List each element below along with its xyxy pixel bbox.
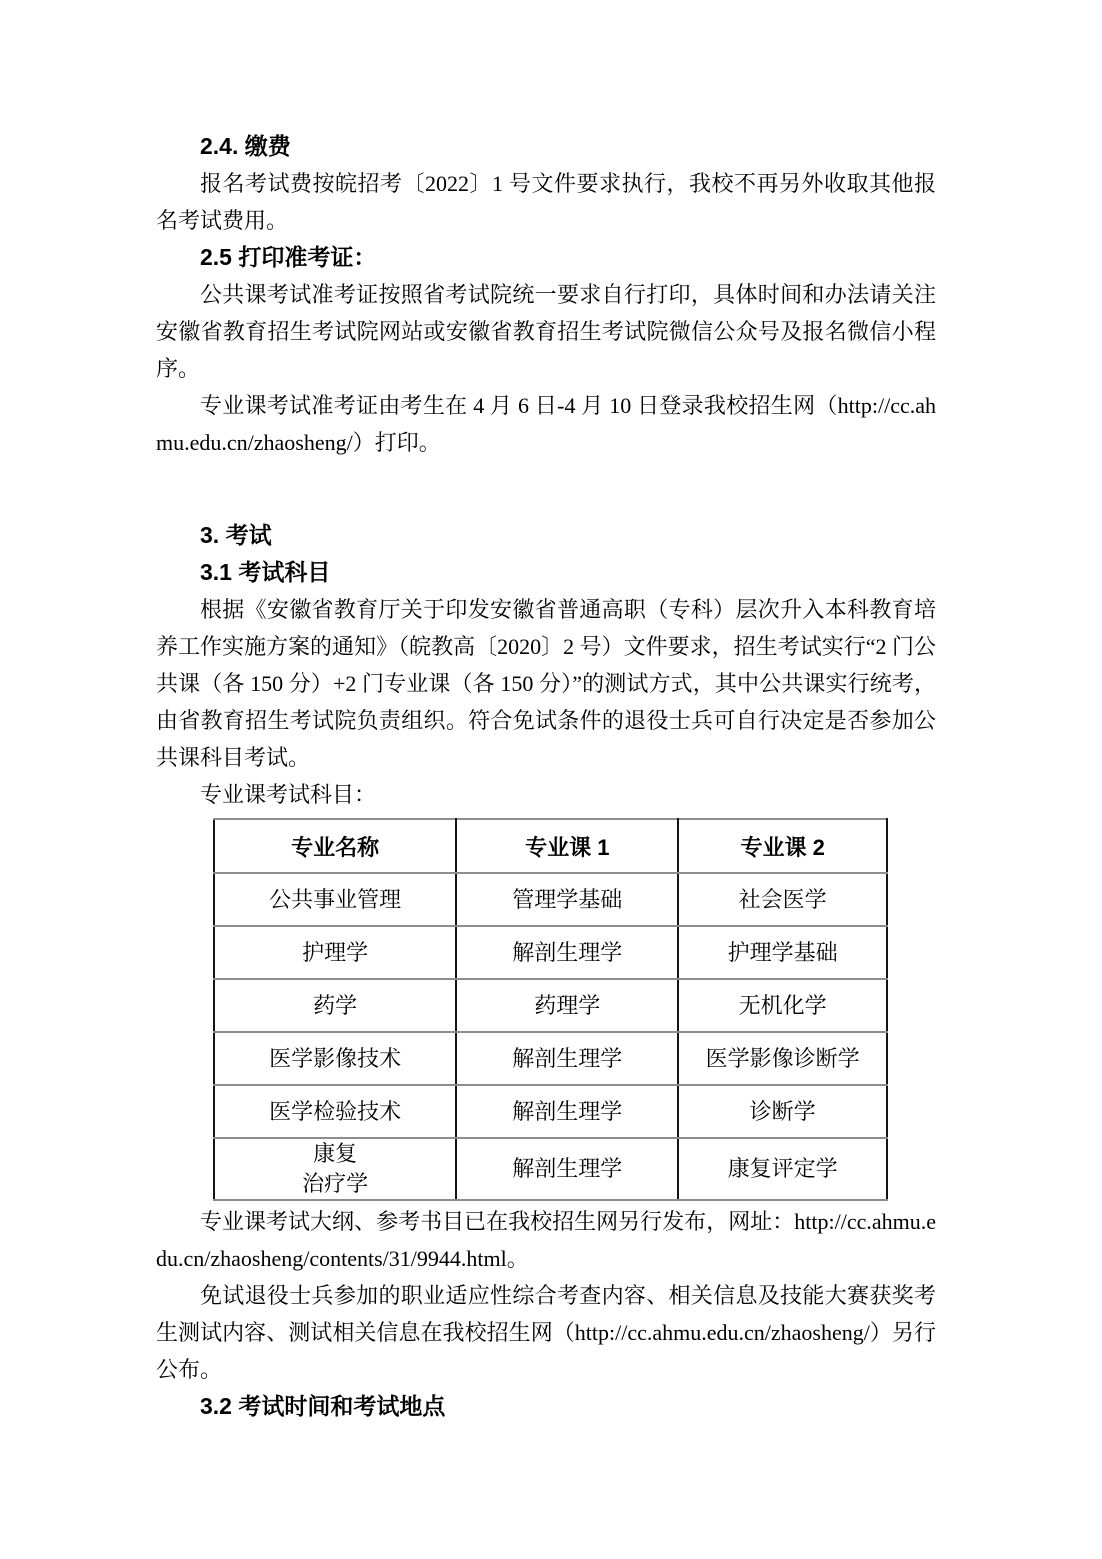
exam-basis-paragraph: 根据《安徽省教育厅关于印发安徽省普通高职（专科）层次升入本科教育培养工作实施方案…: [156, 591, 936, 776]
table-cell-course1: 解剖生理学: [456, 926, 678, 979]
table-row: 公共事业管理 管理学基础 社会医学: [214, 873, 887, 926]
exam-table-intro: 专业课考试科目：: [156, 776, 936, 813]
table-row: 医学检验技术 解剖生理学 诊断学: [214, 1085, 887, 1138]
public-ticket-paragraph: 公共课考试准考证按照省考试院统一要求自行打印，具体时间和办法请关注安徽省教育招生…: [156, 276, 936, 387]
table-cell-major: 康复 治疗学: [214, 1138, 456, 1200]
section-3-heading: 3. 考试: [156, 517, 936, 554]
table-cell-course1: 药理学: [456, 979, 678, 1032]
table-cell-course2: 诊断学: [678, 1085, 887, 1138]
table-cell-major: 药学: [214, 979, 456, 1032]
table-cell-course1: 解剖生理学: [456, 1138, 678, 1200]
table-cell-course1: 解剖生理学: [456, 1032, 678, 1085]
document-content: 2.4. 缴费 报名考试费按皖招考〔2022〕1 号文件要求执行，我校不再另外收…: [156, 128, 936, 1425]
table-header-major: 专业名称: [214, 819, 456, 873]
table-cell-course2: 医学影像诊断学: [678, 1032, 887, 1085]
fee-paragraph: 报名考试费按皖招考〔2022〕1 号文件要求执行，我校不再另外收取其他报名考试费…: [156, 165, 936, 239]
table-cell-major: 医学影像技术: [214, 1032, 456, 1085]
table-row: 康复 治疗学 解剖生理学 康复评定学: [214, 1138, 887, 1200]
section-3-1-heading: 3.1 考试科目: [156, 554, 936, 591]
exam-subjects-table: 专业名称 专业课 1 专业课 2 公共事业管理 管理学基础 社会医学 护理学 解…: [213, 818, 888, 1201]
table-header-course1: 专业课 1: [456, 819, 678, 873]
table-cell-course1: 管理学基础: [456, 873, 678, 926]
document-page: 2.4. 缴费 报名考试费按皖招考〔2022〕1 号文件要求执行，我校不再另外收…: [0, 0, 1102, 1559]
section-3-2-heading: 3.2 考试时间和考试地点: [156, 1388, 936, 1425]
table-cell-course2: 护理学基础: [678, 926, 887, 979]
table-cell-course2: 无机化学: [678, 979, 887, 1032]
table-cell-major: 医学检验技术: [214, 1085, 456, 1138]
table-row: 药学 药理学 无机化学: [214, 979, 887, 1032]
professional-ticket-paragraph: 专业课考试准考证由考生在 4 月 6 日-4 月 10 日登录我校招生网（htt…: [156, 387, 936, 461]
section-2-5-heading: 2.5 打印准考证：: [156, 239, 936, 276]
section-2-4-heading: 2.4. 缴费: [156, 128, 936, 165]
table-cell-major: 公共事业管理: [214, 873, 456, 926]
table-cell-course2: 康复评定学: [678, 1138, 887, 1200]
exempt-veterans-paragraph: 免试退役士兵参加的职业适应性综合考查内容、相关信息及技能大赛获奖考生测试内容、测…: [156, 1277, 936, 1388]
syllabus-paragraph: 专业课考试大纲、参考书目已在我校招生网另行发布，网址：http://cc.ahm…: [156, 1203, 936, 1277]
table-cell-major: 护理学: [214, 926, 456, 979]
table-cell-course2: 社会医学: [678, 873, 887, 926]
table-cell-course1: 解剖生理学: [456, 1085, 678, 1138]
table-header-row: 专业名称 专业课 1 专业课 2: [214, 819, 887, 873]
table-row: 医学影像技术 解剖生理学 医学影像诊断学: [214, 1032, 887, 1085]
table-header-course2: 专业课 2: [678, 819, 887, 873]
table-row: 护理学 解剖生理学 护理学基础: [214, 926, 887, 979]
